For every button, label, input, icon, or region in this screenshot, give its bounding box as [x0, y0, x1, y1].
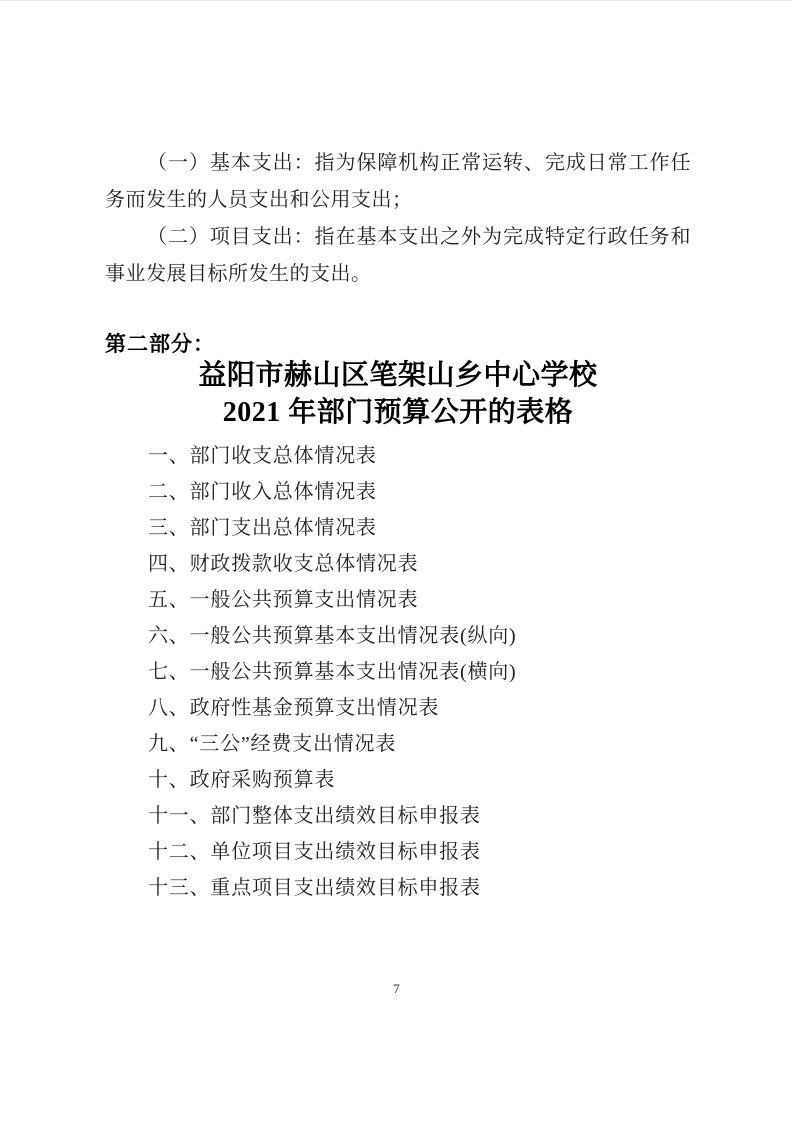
table-list-item: 八、政府性基金预算支出情况表: [148, 690, 691, 726]
table-list-item: 二、部门收入总体情况表: [148, 474, 691, 510]
document-body: （一）基本支出：指为保障机构正常运转、完成日常工作任务而发生的人员支出和公用支出…: [105, 145, 691, 906]
table-list-item: 一、部门收支总体情况表: [148, 438, 691, 474]
table-list-item: 三、部门支出总体情况表: [148, 510, 691, 546]
document-title: 益阳市赫山区笔架山乡中心学校 2021 年部门预算公开的表格: [105, 357, 691, 431]
document-title-line2: 2021 年部门预算公开的表格: [105, 394, 691, 431]
table-list-item: 九、“三公”经费支出情况表: [148, 726, 691, 762]
page-number: 7: [0, 981, 793, 997]
table-list-item: 七、一般公共预算基本支出情况表(横向): [148, 654, 691, 690]
table-list-item: 五、一般公共预算支出情况表: [148, 582, 691, 618]
table-list-item: 十三、重点项目支出绩效目标申报表: [148, 870, 691, 906]
paragraph-project-expenditure: （二）项目支出：指在基本支出之外为完成特定行政任务和事业发展目标所发生的支出。: [105, 219, 691, 293]
table-list: 一、部门收支总体情况表 二、部门收入总体情况表 三、部门支出总体情况表 四、财政…: [148, 438, 691, 906]
table-list-item: 四、财政拨款收支总体情况表: [148, 546, 691, 582]
table-list-item: 十一、部门整体支出绩效目标申报表: [148, 798, 691, 834]
table-list-item: 十、政府采购预算表: [148, 762, 691, 798]
table-list-item: 六、一般公共预算基本支出情况表(纵向): [148, 618, 691, 654]
table-list-item: 十二、单位项目支出绩效目标申报表: [148, 834, 691, 870]
document-page: （一）基本支出：指为保障机构正常运转、完成日常工作任务而发生的人员支出和公用支出…: [0, 0, 793, 1123]
paragraph-basic-expenditure: （一）基本支出：指为保障机构正常运转、完成日常工作任务而发生的人员支出和公用支出…: [105, 145, 691, 219]
